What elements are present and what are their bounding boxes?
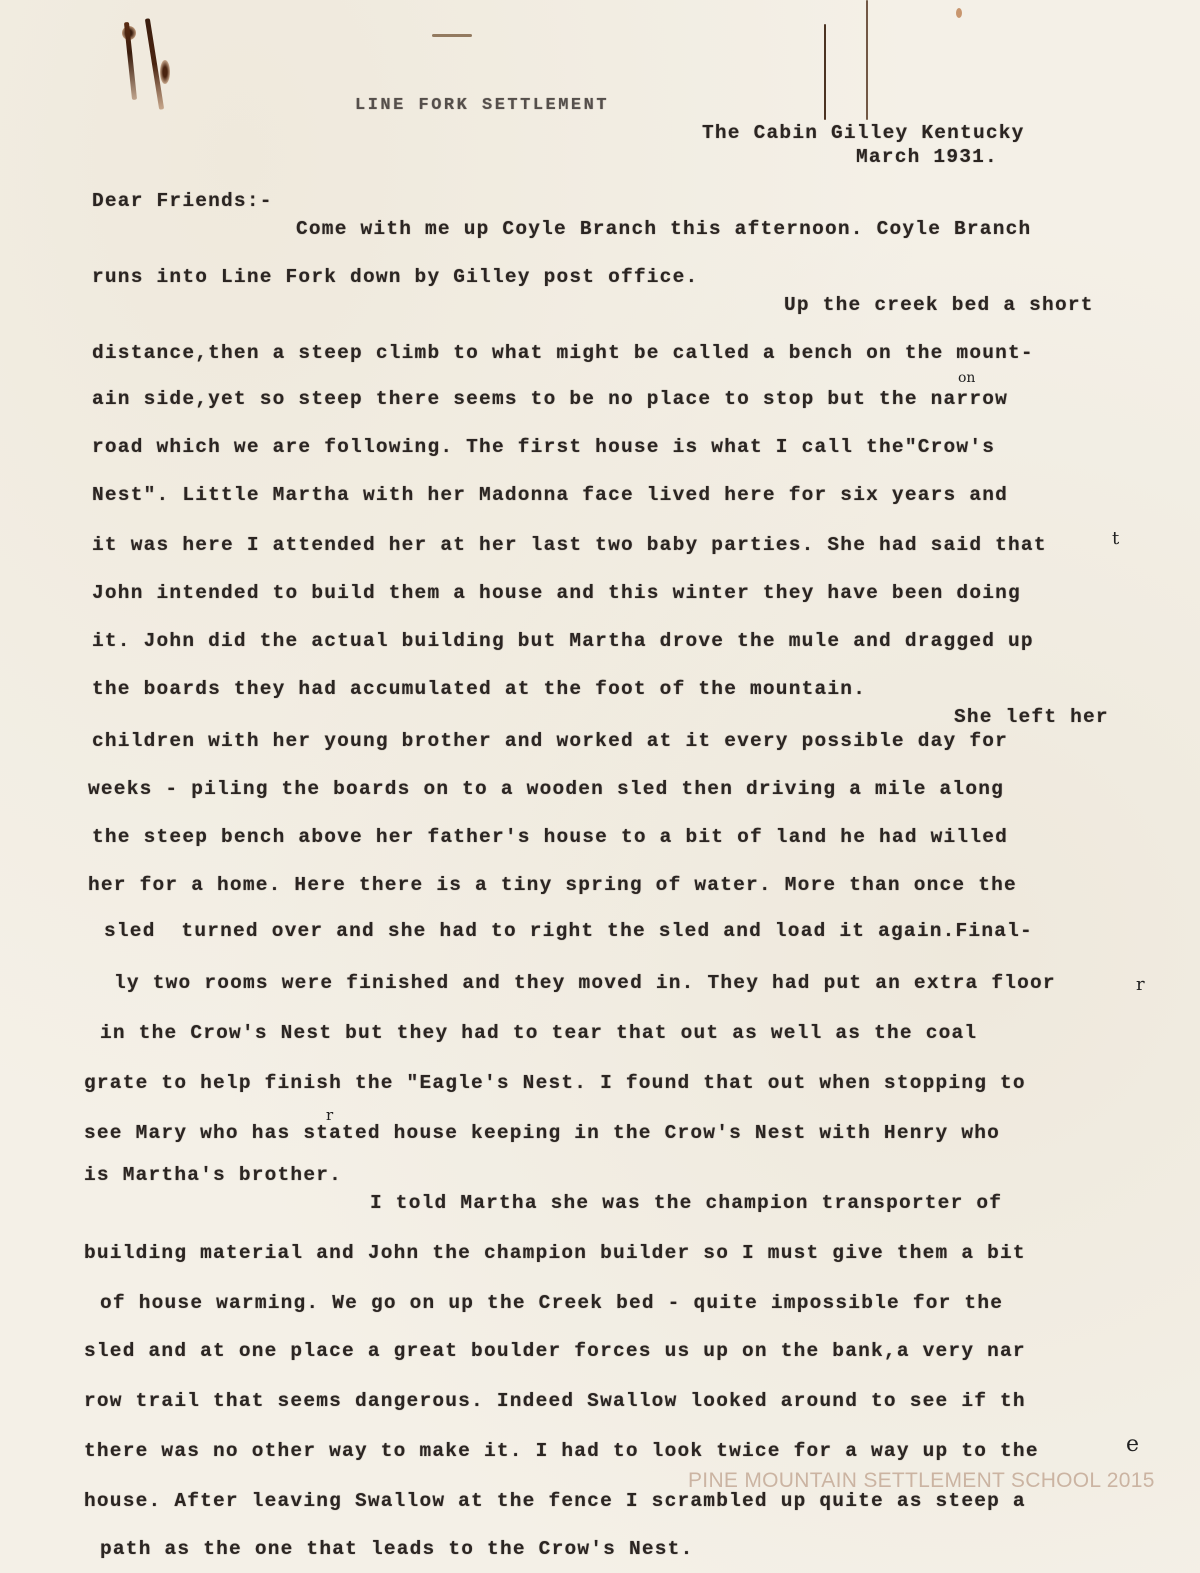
text-line: I told Martha she was the champion trans… (370, 1192, 1002, 1214)
text-line: her for a home. Here there is a tiny spr… (88, 874, 1017, 896)
text-line: of house warming. We go on up the Creek … (100, 1292, 1003, 1314)
handwritten-correction: r (1136, 974, 1145, 995)
text-line: it was here I attended her at her last t… (92, 534, 1047, 556)
address-place: The Cabin Gilley Kentucky (702, 122, 1025, 144)
text-line: sled turned over and she had to right th… (104, 920, 1033, 942)
text-line: weeks - piling the boards on to a wooden… (88, 778, 1004, 800)
letter-page: LINE FORK SETTLEMENT The Cabin Gilley Ke… (0, 0, 1200, 1573)
rust-stain (160, 60, 170, 84)
letter-date: March 1931. (856, 146, 998, 168)
text-line: the steep bench above her father's house… (92, 826, 1008, 848)
handwritten-correction: t (1112, 528, 1119, 549)
text-line: path as the one that leads to the Crow's… (100, 1538, 694, 1560)
text-line: sled and at one place a great boulder fo… (84, 1340, 1026, 1362)
text-line: in the Crow's Nest but they had to tear … (100, 1022, 977, 1044)
text-line: there was no other way to make it. I had… (84, 1440, 1039, 1462)
text-line: She left her (954, 706, 1109, 728)
text-line: Up the creek bed a short (784, 294, 1094, 316)
text-line: ly two rooms were finished and they move… (114, 972, 1056, 994)
text-line: is Martha's brother. (84, 1164, 342, 1186)
text-line: road which we are following. The first h… (92, 436, 995, 458)
text-line: row trail that seems dangerous. Indeed S… (84, 1390, 1026, 1412)
handwritten-correction: e (1126, 1432, 1139, 1457)
text-line: building material and John the champion … (84, 1242, 1026, 1264)
text-line: ain side,yet so steep there seems to be … (92, 388, 1008, 410)
text-line: distance,then a steep climb to what migh… (92, 342, 1034, 364)
rust-stain (956, 8, 962, 18)
text-line: Nest". Little Martha with her Madonna fa… (92, 484, 1008, 506)
salutation: Dear Friends:- (92, 190, 273, 212)
handwritten-insert: on (958, 370, 975, 386)
margin-mark (432, 34, 472, 37)
text-line: the boards they had accumulated at the f… (92, 678, 866, 700)
text-line: see Mary who has stated house keeping in… (84, 1122, 1000, 1144)
handwritten-correction: r (326, 1106, 333, 1124)
text-line: John intended to build them a house and … (92, 582, 1021, 604)
margin-line (866, 0, 868, 120)
text-line: children with her young brother and work… (92, 730, 1008, 752)
text-line: Come with me up Coyle Branch this aftern… (296, 218, 1031, 240)
text-line: house. After leaving Swallow at the fenc… (84, 1490, 1026, 1512)
text-line: runs into Line Fork down by Gilley post … (92, 266, 698, 288)
text-line: grate to help finish the "Eagle's Nest. … (84, 1072, 1026, 1094)
watermark: PINE MOUNTAIN SETTLEMENT SCHOOL 2015 (688, 1469, 1155, 1493)
margin-line (824, 24, 826, 120)
letter-heading: LINE FORK SETTLEMENT (355, 96, 609, 115)
text-line: it. John did the actual building but Mar… (92, 630, 1034, 652)
